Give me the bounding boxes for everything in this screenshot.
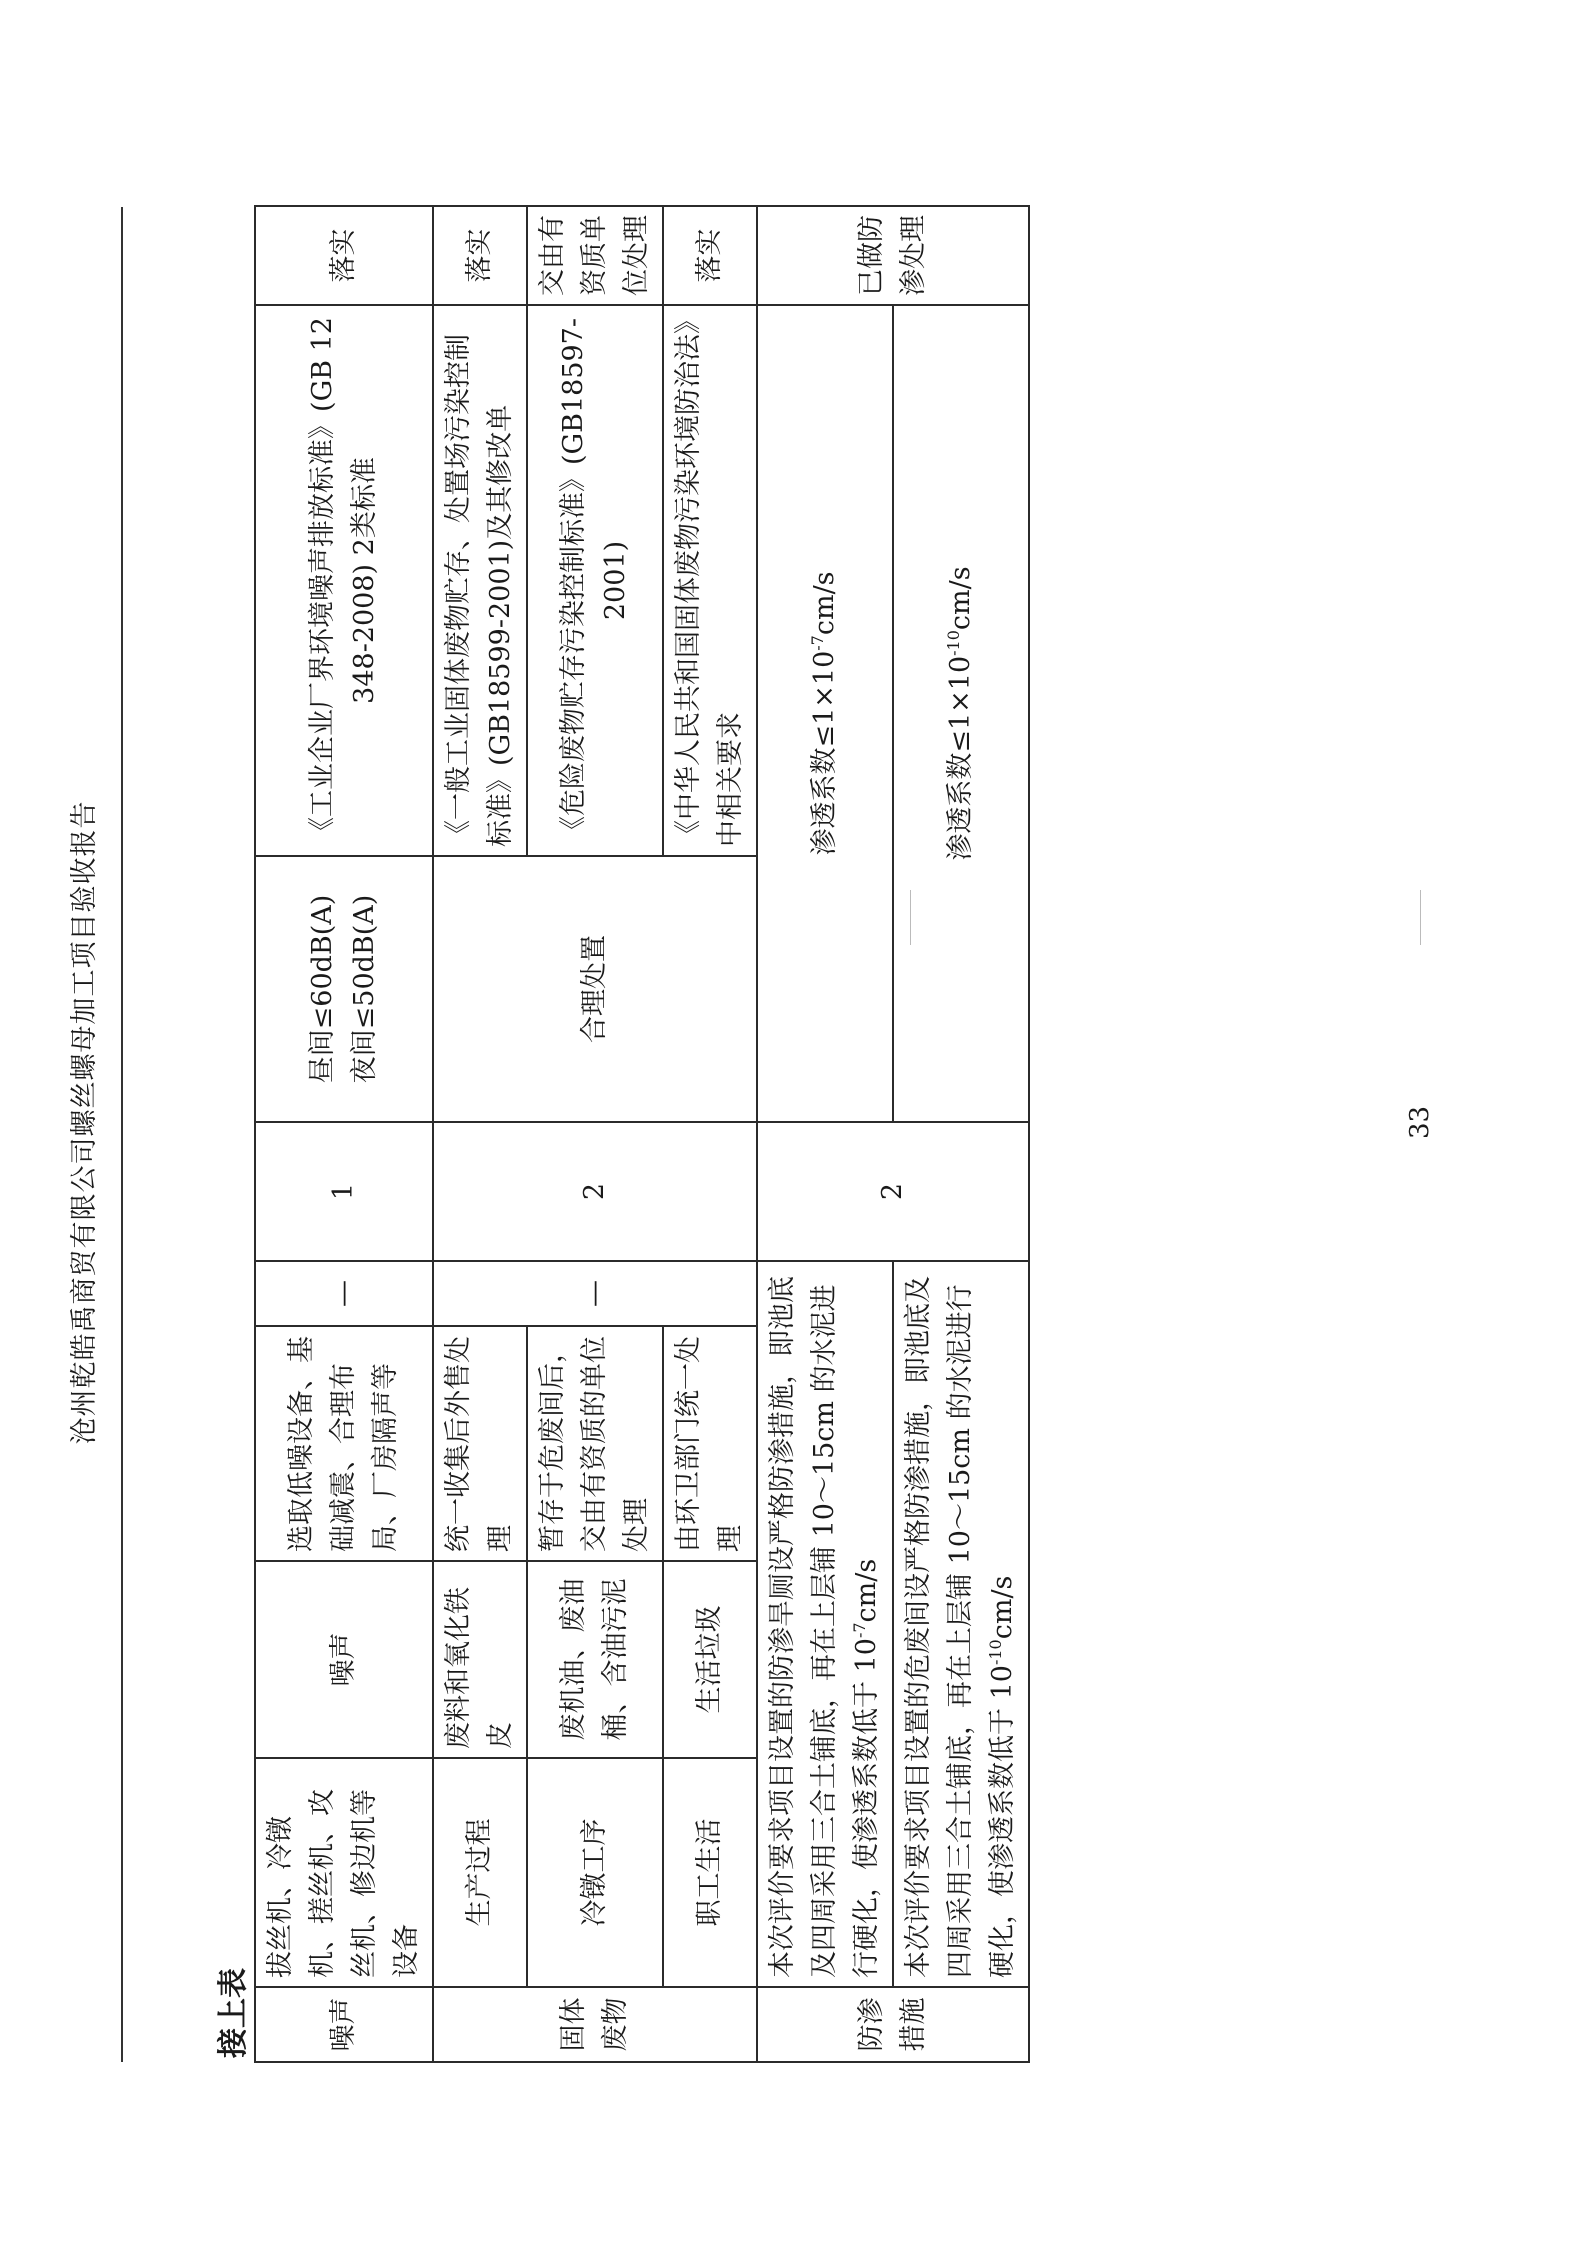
- limit-cell: 合理处置: [433, 856, 757, 1122]
- seepage-limit-a: 渗透系数≤1×10-7cm/s: [757, 305, 893, 1122]
- continuation-label: 接上表: [208, 1968, 252, 2058]
- page-number: 33: [1405, 0, 1435, 2245]
- status-cell: 已做防渗处理: [757, 206, 1029, 305]
- standard-cell: 《工业企业厂界环境噪声排放标准》(GB 12348-2008) 2类标准: [255, 305, 433, 856]
- count-cell: 1: [255, 1122, 433, 1261]
- standard-cell: 《中华人民共和国固体废物污染环境防治法》中相关要求: [663, 305, 757, 856]
- table-row-solid-1: 固体废物 生产过程 废料和氧化铁皮 统一收集后外售处理 — 2 合理处置 《一般…: [433, 206, 527, 2062]
- table-row-noise: 噪声 拔丝机、冷镦机、搓丝机、攻丝机、修边机等设备 噪声 选取低噪设备、基础减震…: [255, 206, 433, 2062]
- seepage-measure-a: 本次评价要求项目设置的防渗旱厕设严格防渗措施，即池底及四周采用三合土铺底，再在上…: [757, 1261, 893, 1987]
- measure-cell: 暂存于危废间后，交由有资质的单位处理: [527, 1326, 663, 1561]
- status-cell: 落实: [255, 206, 433, 305]
- table-row-seepage-1: 防渗措施 本次评价要求项目设置的防渗旱厕设严格防渗措施，即池底及四周采用三合土铺…: [757, 206, 893, 2062]
- seepage-limit-b: 渗透系数≤1×10-10cm/s: [893, 305, 1029, 1122]
- category-cell: 噪声: [255, 1987, 433, 2062]
- pollutant-cell: 生活垃圾: [663, 1561, 757, 1758]
- source-cell: 职工生活: [663, 1758, 757, 1987]
- limit-night: 夜间≤50dB(A): [344, 865, 386, 1113]
- count-cell: 2: [433, 1122, 757, 1261]
- pollutant-cell: 废料和氧化铁皮: [433, 1561, 527, 1758]
- category-cell: 固体废物: [433, 1987, 757, 2062]
- limit-cell: 昼间≤60dB(A) 夜间≤50dB(A): [255, 856, 433, 1122]
- seepage-measure-b: 本次评价要求项目设置的危废间设严格防渗措施，即池底及四周采用三合土铺底，再在上层…: [893, 1261, 1029, 1987]
- scan-mark: [910, 890, 911, 945]
- status-cell: 交由有资质单位处理: [527, 206, 663, 305]
- dash-cell: —: [255, 1261, 433, 1326]
- standard-cell: 《危险废物贮存污染控制标准》(GB18597-2001): [527, 305, 663, 856]
- source-cell: 生产过程: [433, 1758, 527, 1987]
- source-cell: 冷镦工序: [527, 1758, 663, 1987]
- pollutant-cell: 废机油、废油桶、含油污泥: [527, 1561, 663, 1758]
- measure-cell: 由环卫部门统一处理: [663, 1326, 757, 1561]
- standard-cell: 《一般工业固体废物贮存、处置场污染控制标准》(GB18599-2001)及其修改…: [433, 305, 527, 856]
- limit-day: 昼间≤60dB(A): [302, 865, 344, 1113]
- dash-cell: —: [433, 1261, 757, 1326]
- document-page: 沧州乾皓禹商贸有限公司螺丝螺母加工项目验收报告 接上表 噪声 拔丝机、冷镦机、搓…: [0, 0, 1587, 2245]
- status-cell: 落实: [433, 206, 527, 305]
- measure-cell: 选取低噪设备、基础减震、合理布局、厂房隔声等: [255, 1326, 433, 1561]
- report-header: 沧州乾皓禹商贸有限公司螺丝螺母加工项目验收报告: [62, 0, 101, 2245]
- header-rule: [121, 207, 123, 2062]
- category-cell: 防渗措施: [757, 1987, 1029, 2062]
- count-cell: 2: [757, 1122, 1029, 1261]
- acceptance-table: 噪声 拔丝机、冷镦机、搓丝机、攻丝机、修边机等设备 噪声 选取低噪设备、基础减震…: [254, 205, 1030, 2063]
- source-cell: 拔丝机、冷镦机、搓丝机、攻丝机、修边机等设备: [255, 1758, 433, 1987]
- status-cell: 落实: [663, 206, 757, 305]
- measure-cell: 统一收集后外售处理: [433, 1326, 527, 1561]
- pollutant-cell: 噪声: [255, 1561, 433, 1758]
